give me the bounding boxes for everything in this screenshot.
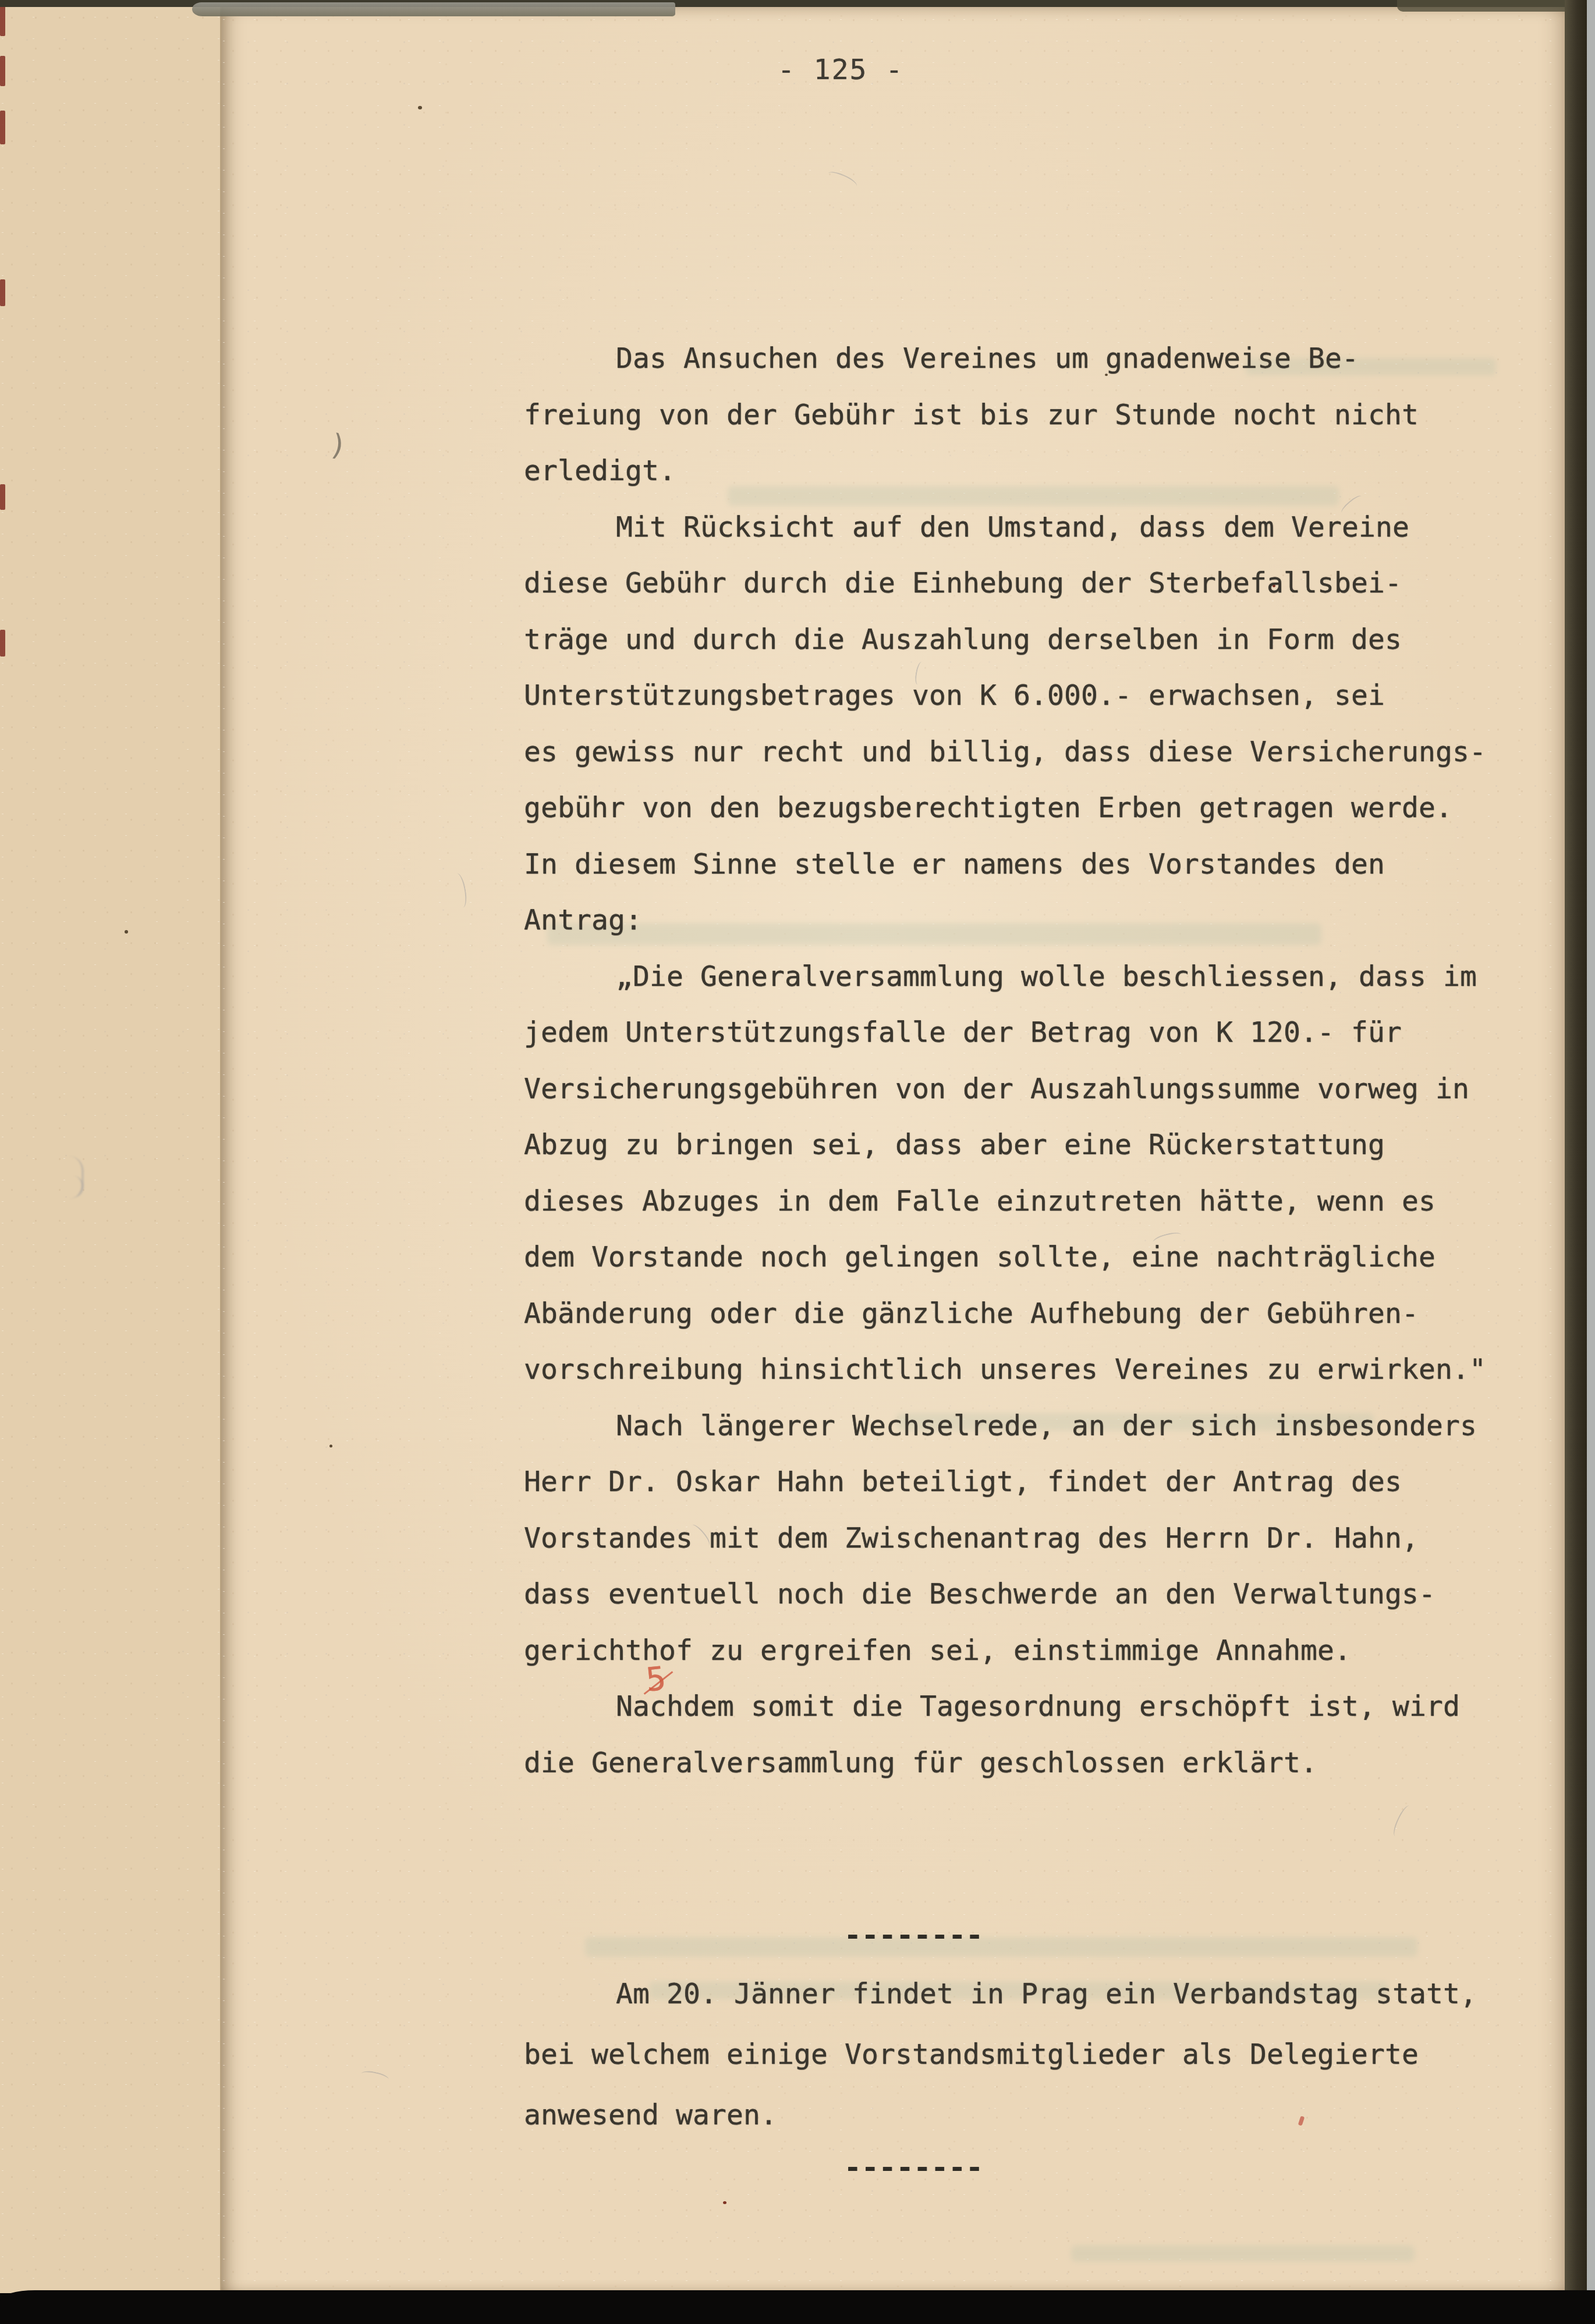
text-line: es gewiss nur recht und billig, dass die… bbox=[524, 724, 1514, 780]
scan-right-margin bbox=[1587, 0, 1595, 2324]
fore-edge-mark bbox=[0, 111, 5, 144]
text-line: Herr Dr. Oskar Hahn beteiligt, findet de… bbox=[524, 1454, 1514, 1510]
pencil-squiggle bbox=[51, 1156, 84, 1199]
text-line: Mit Rücksicht auf den Umstand, dass dem … bbox=[524, 499, 1514, 556]
fore-edge-mark bbox=[0, 279, 5, 306]
document-body: Das Ansuchen des Vereines um gnadenweise… bbox=[524, 331, 1514, 2195]
text-line: In diesem Sinne stelle er namens des Vor… bbox=[524, 836, 1514, 893]
text-line: die Generalversammlung für geschlossen e… bbox=[524, 1735, 1514, 1791]
text-line: diese Gebühr durch die Einhebung der Ste… bbox=[524, 555, 1514, 612]
paper-speck bbox=[329, 1445, 332, 1447]
text-line: freiung von der Gebühr ist bis zur Stund… bbox=[524, 387, 1514, 443]
text-line: bei welchem einige Vorstandsmitglieder a… bbox=[524, 2024, 1514, 2085]
paper-speck bbox=[723, 2201, 726, 2204]
paper-speck bbox=[418, 106, 422, 109]
book-right-edge bbox=[1565, 0, 1587, 2324]
fore-edge-mark bbox=[0, 484, 5, 510]
text-line: dem Vorstande noch gelingen sollte, eine… bbox=[524, 1229, 1514, 1286]
bleedthrough-smudge bbox=[1071, 2245, 1415, 2262]
text-line: Versicherungsgebühren von der Auszahlung… bbox=[524, 1061, 1514, 1117]
typewritten-separator: -------- bbox=[524, 2140, 1514, 2196]
paragraph-block: Das Ansuchen des Vereines um gnadenweise… bbox=[524, 331, 1514, 1791]
text-line: Nach längerer Wechselrede, an der sich i… bbox=[524, 1398, 1514, 1454]
text-line: Antrag: bbox=[524, 892, 1514, 949]
text-line: dieses Abzuges in dem Falle einzutreten … bbox=[524, 1173, 1514, 1230]
fore-edge-mark bbox=[0, 630, 5, 657]
text-line: dass eventuell noch die Beschwerde an de… bbox=[524, 1566, 1514, 1623]
scan-bottom-edge bbox=[0, 2290, 1595, 2324]
text-line: anwesend waren. bbox=[524, 2085, 1514, 2145]
text-line: Vorstandes mit dem Zwischenantrag des He… bbox=[524, 1510, 1514, 1567]
page-number: - 125 - bbox=[778, 54, 903, 86]
text-line: jedem Unterstützungsfalle der Betrag von… bbox=[524, 1005, 1514, 1061]
text-line: Abzug zu bringen sei, dass aber eine Rüc… bbox=[524, 1117, 1514, 1173]
red-pencil-annotation: 5 bbox=[641, 1662, 676, 1706]
text-line: Das Ansuchen des Vereines um gnadenweise… bbox=[524, 331, 1514, 387]
scanned-document-page: - 125 - Das Ansuchen des Vereines um gna… bbox=[0, 0, 1595, 2324]
page-top-curl bbox=[192, 2, 675, 16]
fore-edge-mark bbox=[0, 5, 5, 36]
text-line: vorschreibung hinsichtlich unseres Verei… bbox=[524, 1342, 1514, 1398]
text-line: gebühr von den bezugsberechtigten Erben … bbox=[524, 780, 1514, 836]
text-line: Unterstützungsbetrages von K 6.000.- erw… bbox=[524, 668, 1514, 724]
text-line: Abänderung oder die gänzliche Aufhebung … bbox=[524, 1286, 1514, 1342]
text-line: erledigt. bbox=[524, 443, 1514, 499]
underlying-page-edge bbox=[0, 2, 233, 2293]
text-line: träge und durch die Auszahlung derselben… bbox=[524, 612, 1514, 668]
paper-speck bbox=[125, 930, 128, 934]
text-line: Am 20. Jänner findet in Prag ein Verband… bbox=[524, 1964, 1514, 2024]
paragraph-block: Am 20. Jänner findet in Prag ein Verband… bbox=[524, 1964, 1514, 2145]
text-line: „Die Generalversammlung wolle beschliess… bbox=[524, 949, 1514, 1005]
typewritten-separator: -------- bbox=[524, 1907, 1514, 1964]
fore-edge-mark bbox=[0, 56, 5, 86]
